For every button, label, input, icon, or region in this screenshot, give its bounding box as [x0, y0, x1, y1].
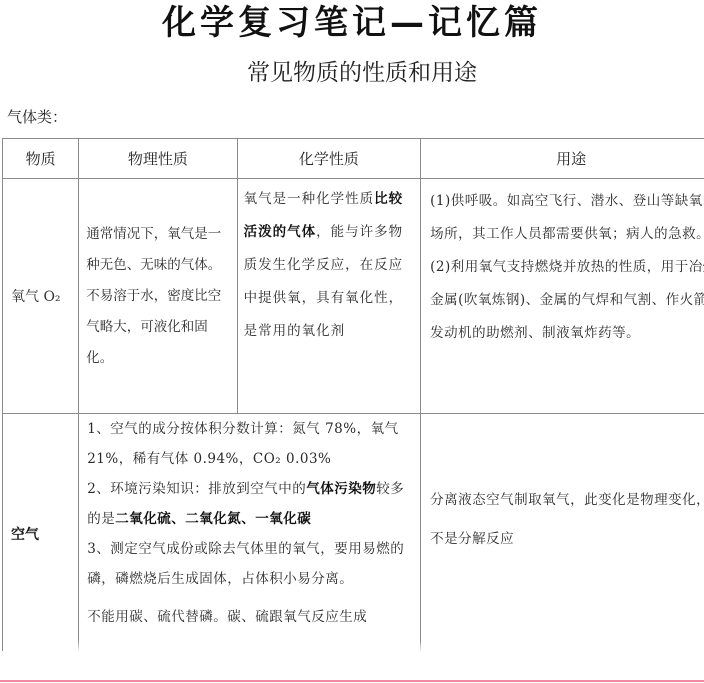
- page-subtitle: 常见物质的性质和用途: [0, 58, 704, 88]
- pollution-text-highlight: 气体污染物: [306, 481, 376, 497]
- table-header-row: 物质 物理性质 化学性质 用途: [3, 139, 704, 179]
- properties-table: 物质 物理性质 化学性质 用途 氧气 O₂ 通常情况下，氧气是一种无色、无味的气…: [2, 138, 704, 654]
- chemical-text-suffix: ，能与许多物质发生化学反应，在反应中提供氧，具有氧化性，是常用的氧化剂: [244, 224, 404, 339]
- uses-text: 分离液态空气制取氧气，此变化是物理变化，不是分解反应: [421, 481, 704, 559]
- chemical-properties-text: 氧气是一种化学性质比较活泼的气体，能与许多物质发生化学反应，在反应中提供氧，具有…: [238, 179, 421, 348]
- bottom-divider: [0, 680, 704, 682]
- column-header-substance: 物质: [3, 139, 79, 179]
- column-header-chemical: 化学性质: [237, 139, 421, 179]
- air-note-measurement-continued: 不能用碳、硫代替磷。碳、硫跟氧气反应生成: [79, 602, 420, 632]
- column-header-uses: 用途: [421, 139, 704, 179]
- physical-properties-text: 通常情况下，氧气是一种无色、无味的气体。不易溶于水，密度比空气略大，可液化和固化…: [79, 219, 236, 374]
- air-notes-cell: 1、空气的成分按体积分数计算：氮气 78%，氧气 21%，稀有气体 0.94%，…: [79, 414, 421, 655]
- air-note-composition: 1、空气的成分按体积分数计算：氮气 78%，氧气 21%，稀有气体 0.94%，…: [79, 414, 420, 474]
- page-title: 化学复习笔记—记忆篇: [0, 2, 704, 44]
- pollution-gases-highlight: 二氧化硫、二氧化氮、一氧化碳: [115, 511, 311, 527]
- column-header-physical: 物理性质: [79, 139, 237, 179]
- chemical-text-prefix: 氧气是一种化学性质: [244, 191, 375, 207]
- uses-cell: 分离液态空气制取氧气，此变化是物理变化，不是分解反应: [421, 414, 704, 655]
- pollution-text-prefix: 2、环境污染知识：排放到空气中的: [87, 481, 306, 497]
- air-note-measurement: 3、测定空气成份或除去气体里的氧气，要用易燃的磷，磷燃烧后生成固体，占体积小易分…: [79, 534, 420, 594]
- physical-properties-cell: 通常情况下，氧气是一种无色、无味的气体。不易溶于水，密度比空气略大，可液化和固化…: [79, 179, 237, 414]
- air-note-pollution: 2、环境污染知识：排放到空气中的气体污染物较多的是二氧化硫、二氧化氮、一氧化碳: [79, 474, 420, 534]
- uses-cell: (1)供呼吸。如高空飞行、潜水、登山等缺氧的场所，其工作人员都需要供氧；病人的急…: [421, 179, 704, 414]
- page-cutoff: [0, 651, 704, 683]
- substance-cell: 氧气 O₂: [3, 179, 79, 414]
- section-label-gases: 气体类：: [7, 106, 67, 127]
- chemical-properties-cell: 氧气是一种化学性质比较活泼的气体，能与许多物质发生化学反应，在反应中提供氧，具有…: [237, 179, 421, 414]
- substance-cell: 空气: [3, 414, 79, 655]
- table-row-oxygen: 氧气 O₂ 通常情况下，氧气是一种无色、无味的气体。不易溶于水，密度比空气略大，…: [3, 179, 704, 414]
- table-row-air: 空气 1、空气的成分按体积分数计算：氮气 78%，氧气 21%，稀有气体 0.9…: [3, 414, 704, 655]
- uses-text: (1)供呼吸。如高空飞行、潜水、登山等缺氧的场所，其工作人员都需要供氧；病人的急…: [421, 179, 704, 350]
